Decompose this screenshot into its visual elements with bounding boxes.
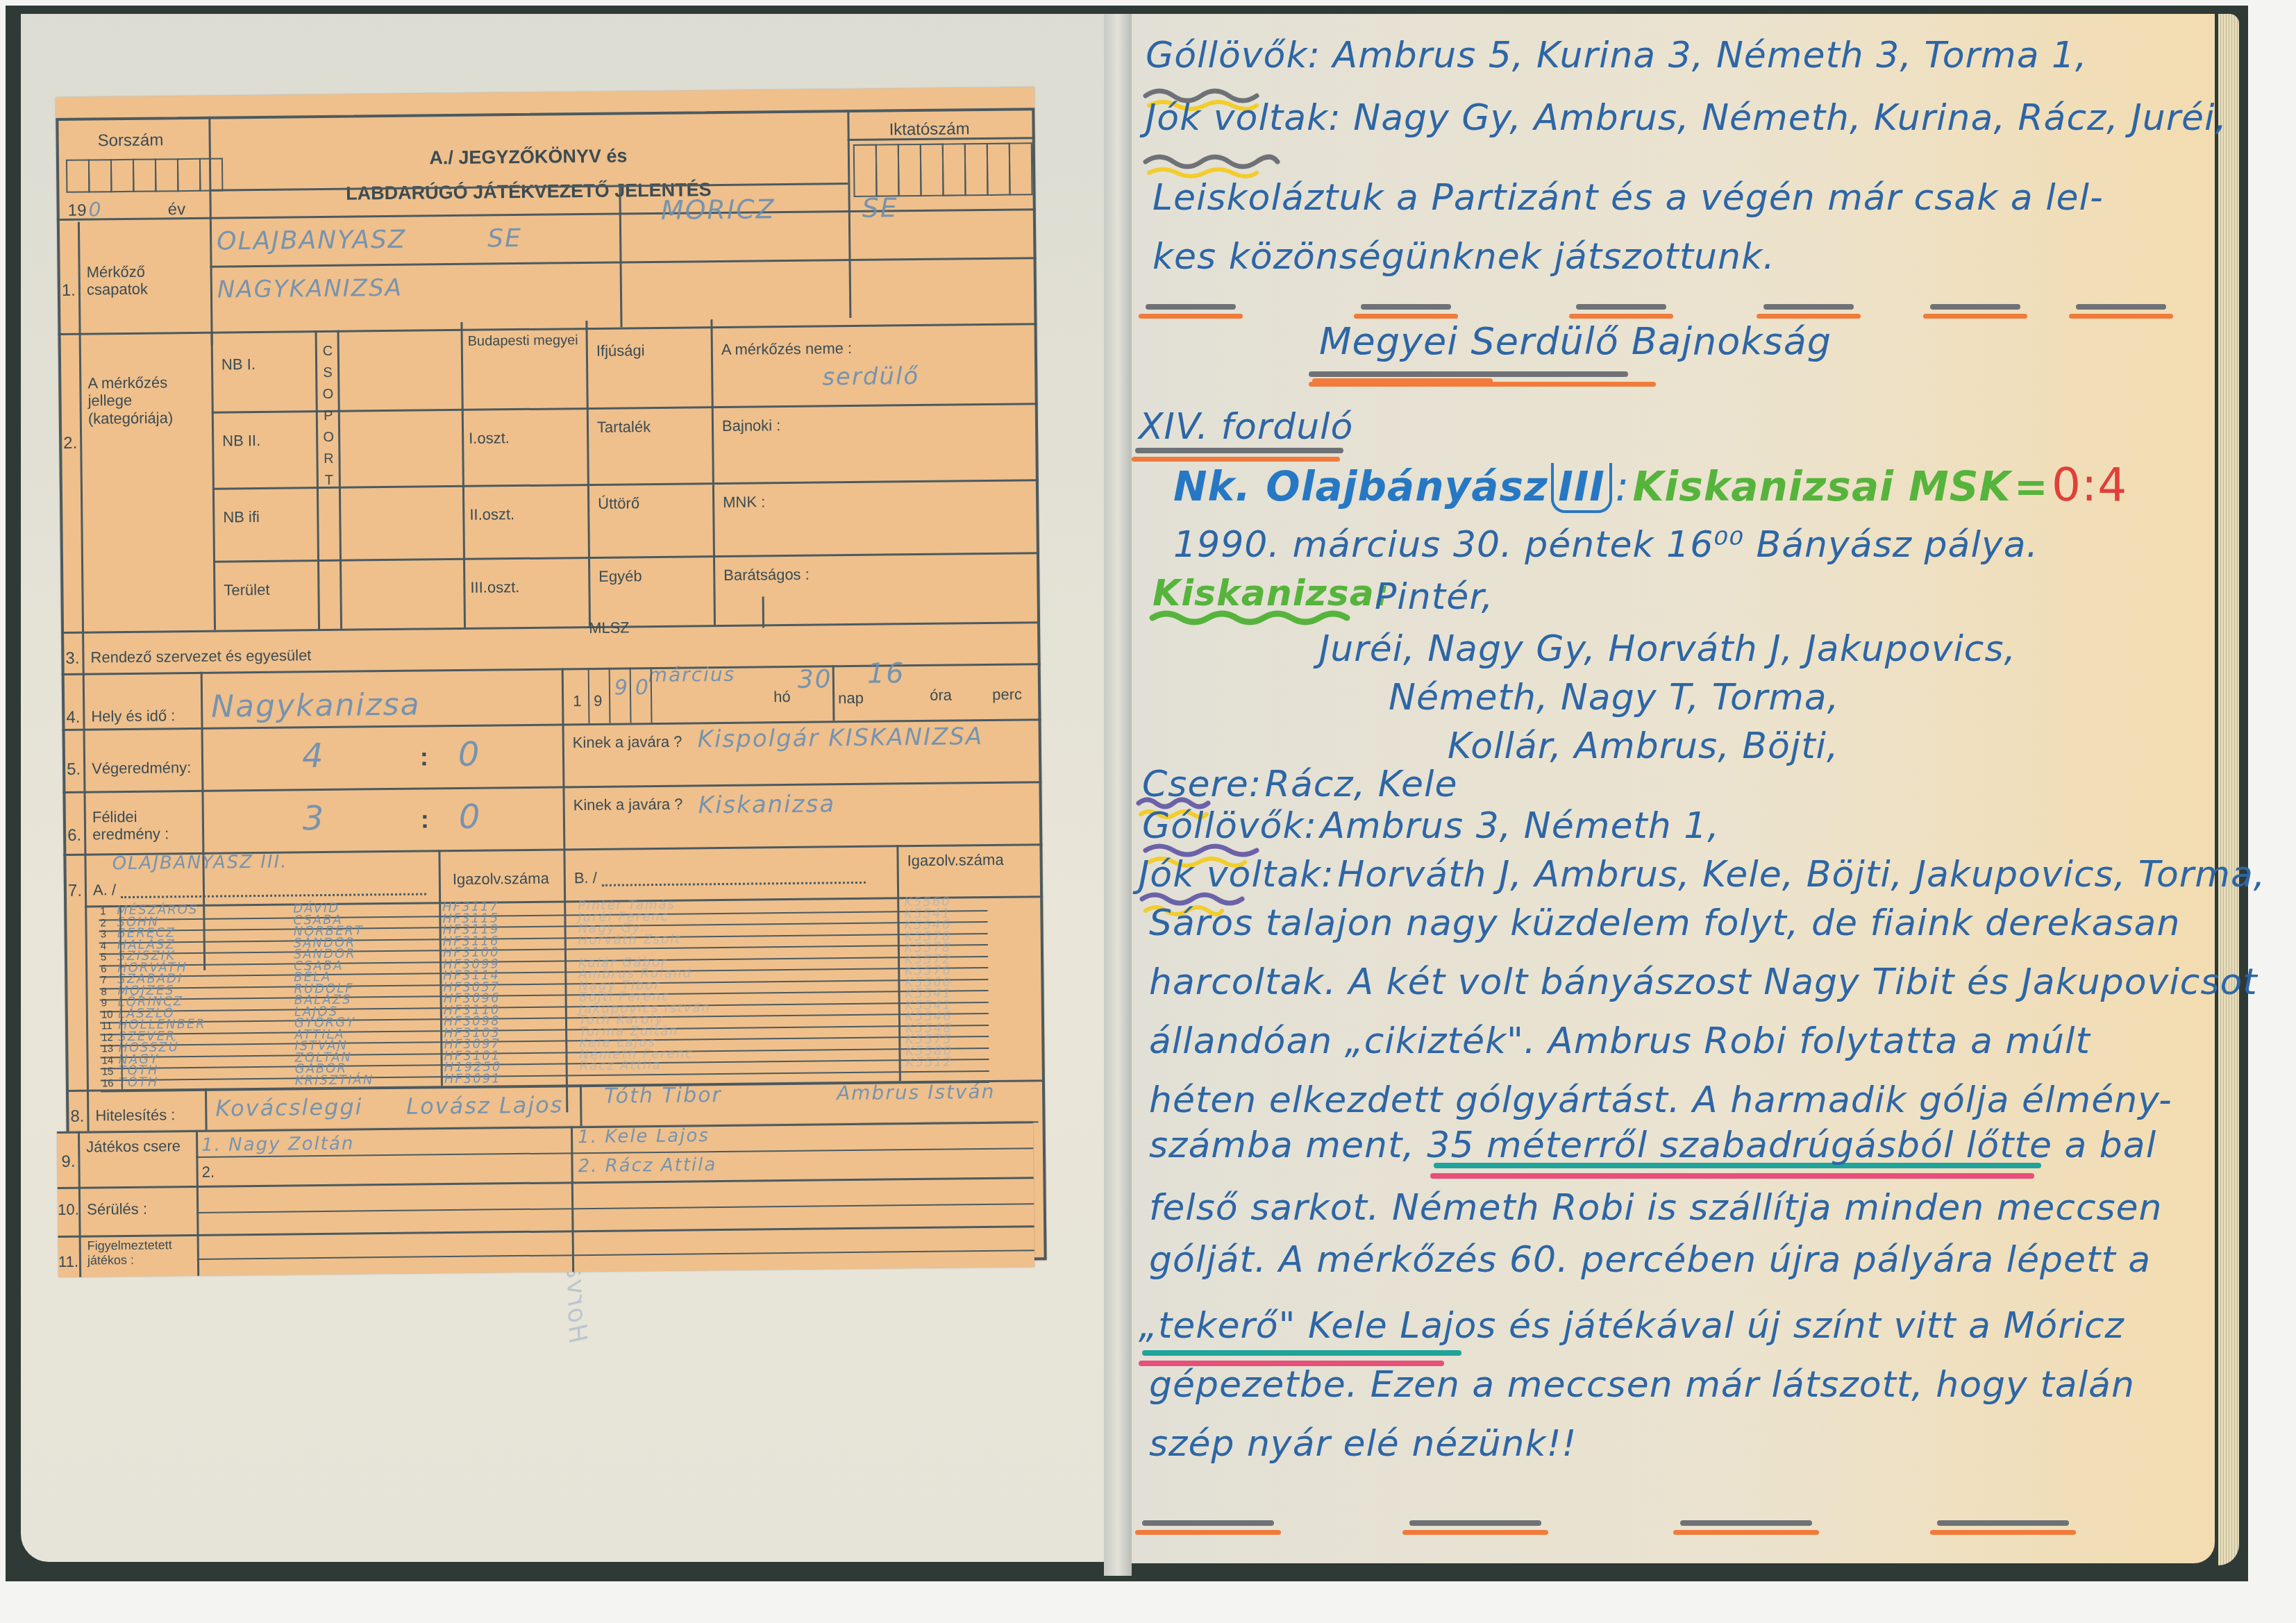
match-type-option: A mérkőzés neme : <box>721 339 853 358</box>
nap-label: nap <box>838 689 864 707</box>
wavy-underline-grey-yellow-2 <box>1142 149 1281 180</box>
category-division-option: II.oszt. <box>469 505 580 523</box>
section-10-label: Sérülés : <box>87 1200 147 1218</box>
journal-line-p1a: Leiskoláztuk a Partizánt és a végén már … <box>1153 177 2104 219</box>
ho-label: hó <box>773 688 791 706</box>
separator-dash-orange <box>1923 314 2027 319</box>
sub-away-2: 2. Rácz Attila <box>578 1155 717 1177</box>
section-9-label: Játékos csere <box>86 1137 190 1156</box>
section-11-number: 11. <box>58 1253 78 1271</box>
journal-line-p1b: kes közönségünknek játszottunk. <box>1153 236 1775 278</box>
match-score: 0:4 <box>2052 458 2127 512</box>
goals-value: Ambrus 3, Németh 1, <box>1321 805 1720 847</box>
lineup-row-2: Németh, Nagy T, Torma, <box>1389 677 1839 718</box>
report-line: harcoltak. A két volt bányászost Nagy Ti… <box>1149 961 2258 1003</box>
journal-page: Góllövők: Ambrus 5, Kurina 3, Németh 3, … <box>1132 14 2215 1562</box>
sorszam-boxes <box>67 158 223 192</box>
igazolv-label-a: Igazolv.száma <box>453 870 549 889</box>
section-11-label: Figyelmeztetett játékos : <box>87 1238 192 1268</box>
separator-dash-orange <box>1139 314 1243 319</box>
referee-report-form: Sorszám 19 0 év A./ JEGYZŐKÖNYV és LABDA… <box>56 87 1047 1270</box>
roster-b-name: Rácz Attila <box>580 1058 662 1073</box>
match-result-line: Nk. Olajbányász III : Kiskanizsai MSK = … <box>1173 458 2127 512</box>
section-8-label: Hitelesítés : <box>95 1106 175 1124</box>
report-line: gépezetbe. Ezen a meccsen már látszott, … <box>1149 1364 2135 1406</box>
year-digit: 0 <box>635 675 650 700</box>
team-b-roster-label: B. / <box>574 869 597 887</box>
report-line: héten elkezdett gólgyártást. A harmadik … <box>1149 1079 2172 1121</box>
section-4-label: Hely és idő : <box>91 707 175 725</box>
section-2-number: 2. <box>63 434 77 453</box>
report-line: szép nyár elé nézünk!! <box>1149 1423 1577 1465</box>
section-6-number: 6. <box>67 826 81 846</box>
roster-b-license: K5512 <box>906 1055 953 1070</box>
year-prefix: 19 <box>68 201 87 221</box>
igazolv-label-b: Igazolv.száma <box>907 851 1003 870</box>
good-players-value: Horváth J, Ambrus, Kele, Böjti, Jakupovi… <box>1337 854 2265 895</box>
final-score-home: 4 <box>302 737 325 775</box>
section-3-label: Rendező szervezet és egyesület <box>90 646 311 666</box>
iktatoszam-boxes <box>855 142 1033 197</box>
match-day: 30 <box>798 665 832 694</box>
referee-report-form-lower: 9. Játékos csere 1. Nagy Zoltán 2. 1. Ke… <box>57 1121 1034 1277</box>
highlight-underline-pink <box>1430 1173 2034 1179</box>
roster-row-number: 11 <box>101 1020 112 1032</box>
team-a-roster-label: A. / <box>93 881 116 899</box>
category-division-option: Budapesti megyei <box>468 333 579 350</box>
roster-last-name: TÓTH <box>119 1075 159 1090</box>
journal-line-goals-previous: Góllövők: Ambrus 5, Kurina 3, Németh 3, … <box>1146 35 2088 76</box>
team-a-city: NAGYKANIZSA <box>217 274 403 304</box>
journal-line-good-previous: Jók voltak: Nagy Gy, Ambrus, Németh, Kur… <box>1146 97 2227 139</box>
separator-dash-orange <box>1135 1530 1281 1535</box>
separator-dash-orange <box>1402 1530 1548 1535</box>
roster-row-number: 14 <box>101 1054 113 1066</box>
separator-dash-grey <box>2076 304 2166 310</box>
roster-row-number: 8 <box>101 986 107 998</box>
csoport-vertical-label: CSOPORT <box>321 341 336 491</box>
highlight-underline-teal-2 <box>1142 1350 1461 1356</box>
journal-heading: Megyei Serdülő Bajnokság <box>1319 319 1832 363</box>
section-2-label: A mérkőzés jellege (kategóriája) <box>87 373 206 428</box>
category-nb-option: NB ifi <box>223 508 260 526</box>
roster-row-number: 9 <box>101 997 108 1009</box>
lineup-row-1: Juréi, Nagy Gy, Horváth J, Jakupovics, <box>1319 628 2016 670</box>
category-division-option: III.oszt. <box>470 578 581 596</box>
section-8-number: 8. <box>70 1107 84 1127</box>
halftime-winner-label: Kinek a javára ? <box>573 796 683 814</box>
section-4-number: 4. <box>66 708 80 728</box>
section-9-number: 9. <box>61 1152 75 1172</box>
halftime-score-away: 0 <box>459 798 482 836</box>
wavy-underline-green <box>1149 607 1371 628</box>
halftime-winner-value: Kiskanizsa <box>698 790 836 819</box>
team-a-se: SE <box>487 224 522 253</box>
separator-dash-orange <box>1354 314 1458 319</box>
match-hour: 16 <box>867 657 905 690</box>
journal-round: XIV. forduló <box>1139 406 1353 448</box>
roster-row-number: 3 <box>101 928 107 940</box>
perc-label: perc <box>992 685 1022 703</box>
roster-first-name: KRISZTIÁN <box>295 1073 374 1088</box>
match-type-option: Bajnoki : <box>722 417 781 435</box>
year-digit: 9 <box>614 675 629 700</box>
team-a-name: OLAJBANYASZ <box>217 226 407 256</box>
match-away-team: Kiskanizsai MSK <box>1632 463 2011 510</box>
roster-b-name: Horváth Zsolt <box>578 932 682 948</box>
roster-row-number: 16 <box>102 1077 114 1089</box>
match-type-option: Barátságos : <box>723 566 810 585</box>
sub-home-1: 1. Nagy Zoltán <box>201 1134 354 1157</box>
section-3-number: 3. <box>65 649 79 668</box>
signature-home-captain: Lovász Lajos <box>406 1091 564 1119</box>
notebook-spine <box>1104 14 1132 1576</box>
roster-row-number: 1 <box>100 905 106 917</box>
section-5-label: Végeredmény: <box>92 759 191 777</box>
roster-row-number: 7 <box>101 974 107 986</box>
roster-row-number: 6 <box>101 963 107 975</box>
category-nb-option: NB I. <box>221 355 255 373</box>
roster-row-number: 5 <box>101 951 107 963</box>
category-age-option: Egyéb <box>598 567 642 585</box>
good-players-line: Jók voltak: Horváth J, Ambrus, Kele, Böj… <box>1139 854 2265 895</box>
separator-dash-grey <box>1930 304 2020 310</box>
iktatoszam-label: Iktatószám <box>889 119 969 140</box>
final-score-away: 0 <box>458 735 481 774</box>
category-age-option: Tartalék <box>597 418 651 436</box>
match-place: Nagykanizsa <box>211 687 421 725</box>
sub-away-1: 1. Kele Lajos <box>578 1126 710 1148</box>
team-a-roster-name: OLAJBANYASZ III. <box>112 852 287 875</box>
separator-dash-orange <box>2069 314 2173 319</box>
halftime-score-home: 3 <box>303 799 326 838</box>
separator-dash-orange <box>1673 1530 1819 1535</box>
final-winner-label: Kinek a javára ? <box>573 733 682 752</box>
separator-dash-grey <box>1937 1520 2069 1526</box>
subs-value: Rácz, Kele <box>1265 764 1458 805</box>
sub-home-2: 2. <box>201 1163 215 1181</box>
year-digit: 1 <box>573 692 582 709</box>
separator-dash-orange <box>1757 314 1861 319</box>
separator-dash-grey <box>1680 1520 1812 1526</box>
separator-dash-grey <box>1142 1520 1274 1526</box>
category-age-option: Ifjúsági <box>596 342 645 360</box>
report-line: „tekerő" Kele Lajos és játékával új szín… <box>1139 1305 2125 1347</box>
separator-dash-grey <box>1576 304 1666 310</box>
lineup-row-3: Kollár, Ambrus, Böjti, <box>1448 725 1839 767</box>
match-type-handwritten: serdülő <box>822 362 919 391</box>
match-home-team: Nk. Olajbányász <box>1173 463 1548 510</box>
separator-dash-orange <box>1569 314 1673 319</box>
report-line: állandóan „cikizték". Ambrus Robi folyta… <box>1149 1020 2090 1062</box>
separator-dash-grey <box>1146 304 1236 310</box>
team-b-se: SE <box>862 192 899 224</box>
match-month: március <box>648 663 736 687</box>
signature-home-manager: Kovácsleggi <box>215 1093 363 1121</box>
roster-license-number: HF3091 <box>444 1071 501 1086</box>
category-nb-option: NB II. <box>222 432 260 450</box>
match-type-option: MNK : <box>723 493 765 511</box>
lineup-goalkeeper: Pintér, <box>1375 576 1493 618</box>
category-nb-option: Terület <box>224 581 269 599</box>
report-line: felső sarkot. Németh Robi is szállítja m… <box>1149 1187 2163 1229</box>
separator-dash-grey <box>1763 304 1854 310</box>
roster-row-number: 12 <box>101 1032 113 1043</box>
report-line: számba ment, 35 méterről szabadrúgásból … <box>1149 1125 2156 1166</box>
report-line: Sáros talajon nagy küzdelem folyt, de fi… <box>1149 902 2180 944</box>
match-info: 1990. március 30. péntek 16⁰⁰ Bányász pá… <box>1173 524 2038 566</box>
year-digit: 9 <box>594 692 603 709</box>
category-division-option: I.oszt. <box>469 428 580 447</box>
match-home-numeral: III <box>1551 463 1612 513</box>
separator-dash-orange <box>1930 1530 2076 1535</box>
roster-row-number: 4 <box>101 940 107 952</box>
roster-row-number: 13 <box>101 1043 113 1054</box>
organizer-value: MLSZ <box>589 619 630 637</box>
section-1-number: 1. <box>62 281 76 301</box>
section-7-number: 7. <box>68 882 82 901</box>
separator-dash-grey <box>1361 304 1451 310</box>
ev-label: év <box>168 200 186 219</box>
separator-dash-grey <box>1409 1520 1541 1526</box>
report-line: gólját. A mérkőzés 60. percében újra pál… <box>1149 1239 2151 1281</box>
roster-row-number: 2 <box>100 917 106 929</box>
sorszam-label: Sorszám <box>98 131 164 151</box>
roster-row-number: 10 <box>101 1009 113 1020</box>
ora-label: óra <box>930 687 952 705</box>
final-winner-value: Kispolgár KISKANIZSA <box>698 723 984 753</box>
page-stack-edge <box>2218 14 2239 1565</box>
section-1-label: Mérkőző csapatok <box>87 262 206 298</box>
roster-row-number: 15 <box>102 1066 114 1077</box>
section-6-label: Félidei eredmény : <box>92 807 197 843</box>
section-5-number: 5. <box>67 760 81 780</box>
team-b-name: MORICZ <box>661 194 776 226</box>
section-10-number: 10. <box>58 1201 79 1219</box>
category-age-option: Úttörő <box>598 494 639 512</box>
